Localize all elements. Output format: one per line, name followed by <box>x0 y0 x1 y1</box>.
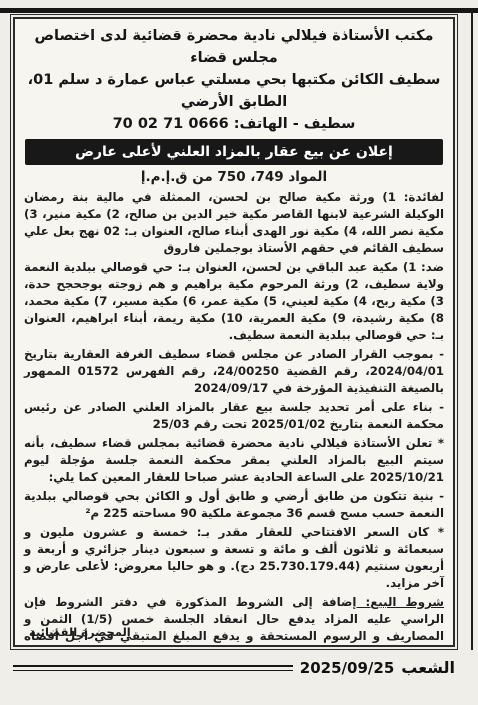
office-header-line3-phone: سطيف - الهاتف: 0666 71 02 70 <box>24 113 444 135</box>
notice-title-bar: إعلان عن بيع عقار بالمزاد العلني لأعلى ع… <box>25 139 443 165</box>
newspaper-name: الشعب <box>401 658 455 677</box>
paragraph-lead: شروط البيع: <box>356 595 444 609</box>
scanned-newspaper-notice: { "colors": { "title_bar_bg": "#181818",… <box>0 0 478 705</box>
bailiff-office-header: مكتب الأستاذة فيلالي نادية محضرة قضائية … <box>24 25 444 135</box>
notice-paragraph: لفائدة: 1) ورثة مكية صالح بن لحسن، الممث… <box>24 189 444 257</box>
notice-paragraph: * كان السعر الافتتاحي للعقار مقدر بـ: خم… <box>24 524 444 592</box>
office-header-line1: مكتب الأستاذة فيلالي نادية محضرة قضائية … <box>24 25 444 69</box>
paragraph-lead: لفائدة: <box>396 190 444 204</box>
notice-paragraph: - بناء على أمر تحديد جلسة بيع عقار بالمز… <box>24 399 444 433</box>
scan-edge-strip <box>0 8 478 13</box>
notice-paragraph: ضد: 1) مكية عبد الباقي بن لحسن، العنوان … <box>24 259 444 344</box>
publication-date: 2025/09/25 <box>300 659 394 677</box>
bailiff-signature: المحضرة القضائية <box>29 625 131 639</box>
notice-frame: مكتب الأستاذة فيلالي نادية محضرة قضائية … <box>13 17 455 647</box>
legal-articles-subtitle: المواد 749، 750 من ق.إ.م.إ <box>24 168 444 186</box>
newspaper-column-rule <box>471 10 473 650</box>
notice-paragraph: - بنية تتكون من طابق أرضي و طابق أول و ا… <box>24 488 444 522</box>
office-header-line2: سطيف الكائن مكتبها بحي مسلتي عباس عمارة … <box>24 69 444 113</box>
newspaper-footer: الشعب 2025/09/25 <box>13 658 455 677</box>
notice-paragraph: * تعلن الأستاذة فيلالي نادية محضرة قضائي… <box>24 435 444 486</box>
notice-paragraph: - بموجب القرار الصادر عن مجلس قضاء سطيف … <box>24 346 444 397</box>
paragraph-lead: ضد: <box>416 260 444 274</box>
notice-body: لفائدة: 1) ورثة مكية صالح بن لحسن، الممث… <box>24 189 444 647</box>
footer-rule <box>13 665 293 671</box>
notice-paragraph: شروط البيع: إضافة إلى الشروط المذكورة في… <box>24 594 444 647</box>
